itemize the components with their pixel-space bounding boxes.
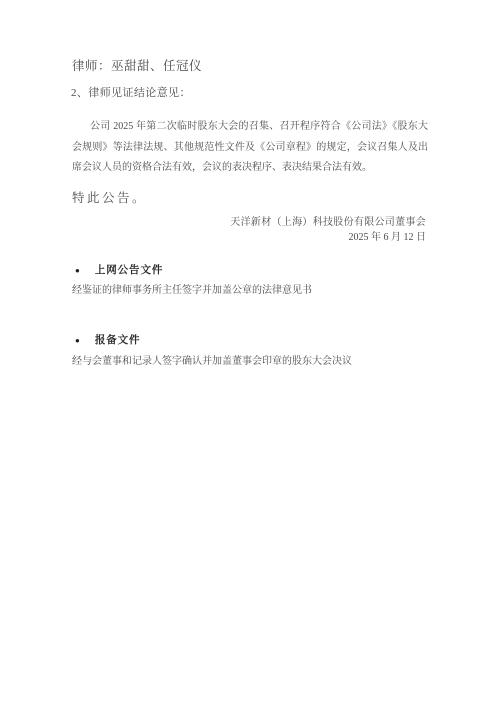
attachment-title: 报备文件 bbox=[95, 334, 141, 348]
attachment-item-filing-files: ● 报备文件 bbox=[75, 334, 140, 348]
bullet-dot-icon: ● bbox=[75, 334, 80, 348]
attachment-item-online-files: ● 上网公告文件 bbox=[75, 264, 163, 278]
conclusion-paragraph: 公司 2025 年第二次临时股东大会的召集、召开程序符合《公司法》《股东大会规则… bbox=[72, 117, 428, 179]
attachment-title: 上网公告文件 bbox=[95, 264, 163, 278]
announcement-document-page: 律师：巫甜甜、任冠仪 2、律师见证结论意见： 公司 2025 年第二次临时股东大… bbox=[0, 0, 500, 707]
lawyers-line: 律师：巫甜甜、任冠仪 bbox=[72, 58, 202, 74]
attachment-description: 经与会董事和记录人签字确认并加盖董事会印章的股东大会决议 bbox=[72, 355, 352, 369]
section-heading: 2、律师见证结论意见： bbox=[71, 86, 191, 101]
bullet-dot-icon: ● bbox=[75, 264, 80, 278]
closing-statement: 特此公告。 bbox=[72, 190, 147, 206]
signature-company: 天洋新材（上海）科技股份有限公司董事会 bbox=[230, 216, 426, 230]
attachment-description: 经鉴证的律师事务所主任签字并加盖公章的法律意见书 bbox=[72, 284, 312, 298]
signature-date: 2025 年 6 月 12 日 bbox=[349, 231, 427, 245]
